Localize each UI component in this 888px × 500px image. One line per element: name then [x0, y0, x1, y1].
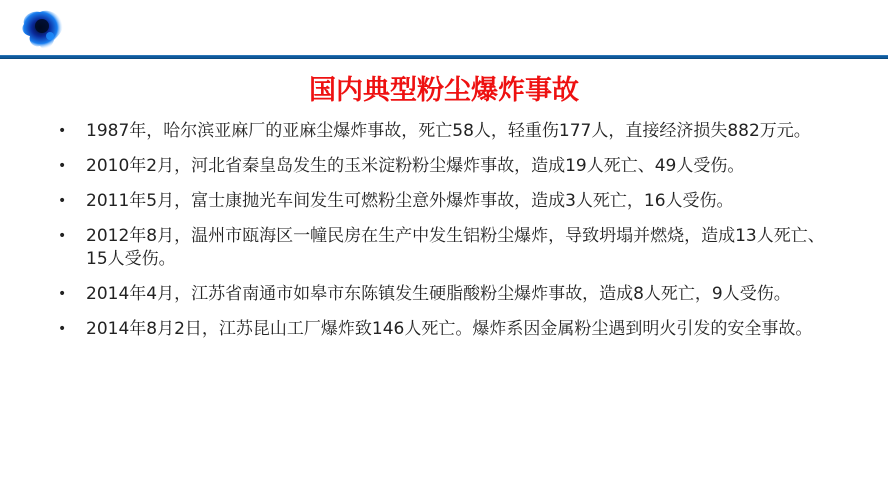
list-item-text: 2010年2月，河北省秦皇岛发生的玉米淀粉粉尘爆炸事故，造成19人死亡、49人受… [86, 156, 744, 176]
bullet-icon: • [58, 318, 66, 341]
list-item: • 2012年8月，温州市瓯海区一幢民房在生产中发生铝粉尘爆炸，导致坍塌并燃烧，… [54, 225, 844, 271]
logo-splash-icon [18, 6, 66, 52]
list-item: • 2014年8月2日，江苏昆山工厂爆炸致146人死亡。爆炸系因金属粉尘遇到明火… [54, 318, 844, 341]
bullet-icon: • [58, 283, 66, 306]
list-item-text: 2011年5月，富士康抛光车间发生可燃粉尘意外爆炸事故，造成3人死亡，16人受伤… [86, 191, 734, 211]
bullet-icon: • [58, 190, 66, 213]
list-item: • 1987年，哈尔滨亚麻厂的亚麻尘爆炸事故，死亡58人，轻重伤177人，直接经… [54, 120, 844, 143]
slide-title: 国内典型粉尘爆炸事故 [0, 68, 888, 107]
list-item-text: 1987年，哈尔滨亚麻厂的亚麻尘爆炸事故，死亡58人，轻重伤177人，直接经济损… [86, 121, 811, 141]
list-item-text: 2012年8月，温州市瓯海区一幢民房在生产中发生铝粉尘爆炸，导致坍塌并燃烧，造成… [86, 226, 825, 269]
header-divider [0, 55, 888, 59]
list-item: • 2010年2月，河北省秦皇岛发生的玉米淀粉粉尘爆炸事故，造成19人死亡、49… [54, 155, 844, 178]
bullet-icon: • [58, 155, 66, 178]
list-item: • 2011年5月，富士康抛光车间发生可燃粉尘意外爆炸事故，造成3人死亡，16人… [54, 190, 844, 213]
bullet-icon: • [58, 225, 66, 248]
list-item-text: 2014年4月，江苏省南通市如皋市东陈镇发生硬脂酸粉尘爆炸事故，造成8人死亡，9… [86, 284, 791, 304]
list-item-text: 2014年8月2日，江苏昆山工厂爆炸致146人死亡。爆炸系因金属粉尘遇到明火引发… [86, 319, 812, 339]
bullet-icon: • [58, 120, 66, 143]
list-item: • 2014年4月，江苏省南通市如皋市东陈镇发生硬脂酸粉尘爆炸事故，造成8人死亡… [54, 283, 844, 306]
accident-list: • 1987年，哈尔滨亚麻厂的亚麻尘爆炸事故，死亡58人，轻重伤177人，直接经… [54, 120, 844, 353]
